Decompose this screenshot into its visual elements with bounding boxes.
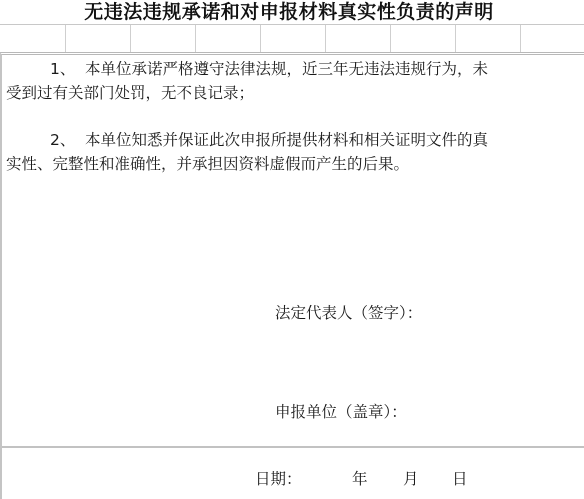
paragraph-text: 受到过有关部门处罚，无不良记录；	[6, 81, 578, 105]
paragraph-text: 实性、完整性和准确性，并承担因资料虚假而产生的后果。	[6, 152, 578, 176]
grid-column-line	[260, 25, 261, 52]
legal-representative-signature-label: 法定代表人（签字）：	[275, 301, 422, 323]
day-label: 日	[452, 467, 468, 489]
empty-grid-row	[0, 25, 584, 52]
paragraph-text: 本单位知悉并保证此次申报所提供材料和相关证明文件的真	[85, 131, 488, 149]
paragraph-number: 2、	[50, 128, 85, 152]
declaration-paragraph-2: 2、本单位知悉并保证此次申报所提供材料和相关证明文件的真 实性、完整性和准确性，…	[6, 128, 578, 176]
grid-column-line	[325, 25, 326, 52]
declaration-paragraph-1: 1、本单位承诺严格遵守法律法规，近三年无违法违规行为，未 受到过有关部门处罚，无…	[6, 57, 578, 105]
grid-column-line	[390, 25, 391, 52]
grid-column-line	[520, 25, 521, 52]
grid-column-line	[130, 25, 131, 52]
grid-column-line	[195, 25, 196, 52]
date-label: 日期：	[255, 467, 352, 489]
date-row: 日期： 年 月 日	[255, 467, 468, 489]
divider	[2, 446, 584, 448]
paragraph-text: 本单位承诺严格遵守法律法规，近三年无违法违规行为，未	[85, 60, 488, 78]
applicant-unit-seal-label: 申报单位（盖章）：	[275, 400, 407, 422]
grid-column-line	[455, 25, 456, 52]
grid-column-line	[65, 25, 66, 52]
year-label: 年	[352, 467, 403, 489]
declaration-body: 1、本单位承诺严格遵守法律法规，近三年无违法违规行为，未 受到过有关部门处罚，无…	[0, 52, 584, 499]
title-row: 无违法违规承诺和对申报材料真实性负责的声明	[0, 0, 584, 25]
paragraph-line: 2、本单位知悉并保证此次申报所提供材料和相关证明文件的真	[6, 128, 578, 152]
paragraph-number: 1、	[50, 57, 85, 81]
month-label: 月	[403, 467, 452, 489]
paragraph-line: 1、本单位承诺严格遵守法律法规，近三年无违法违规行为，未	[6, 57, 578, 81]
document-title: 无违法违规承诺和对申报材料真实性负责的声明	[84, 0, 494, 25]
